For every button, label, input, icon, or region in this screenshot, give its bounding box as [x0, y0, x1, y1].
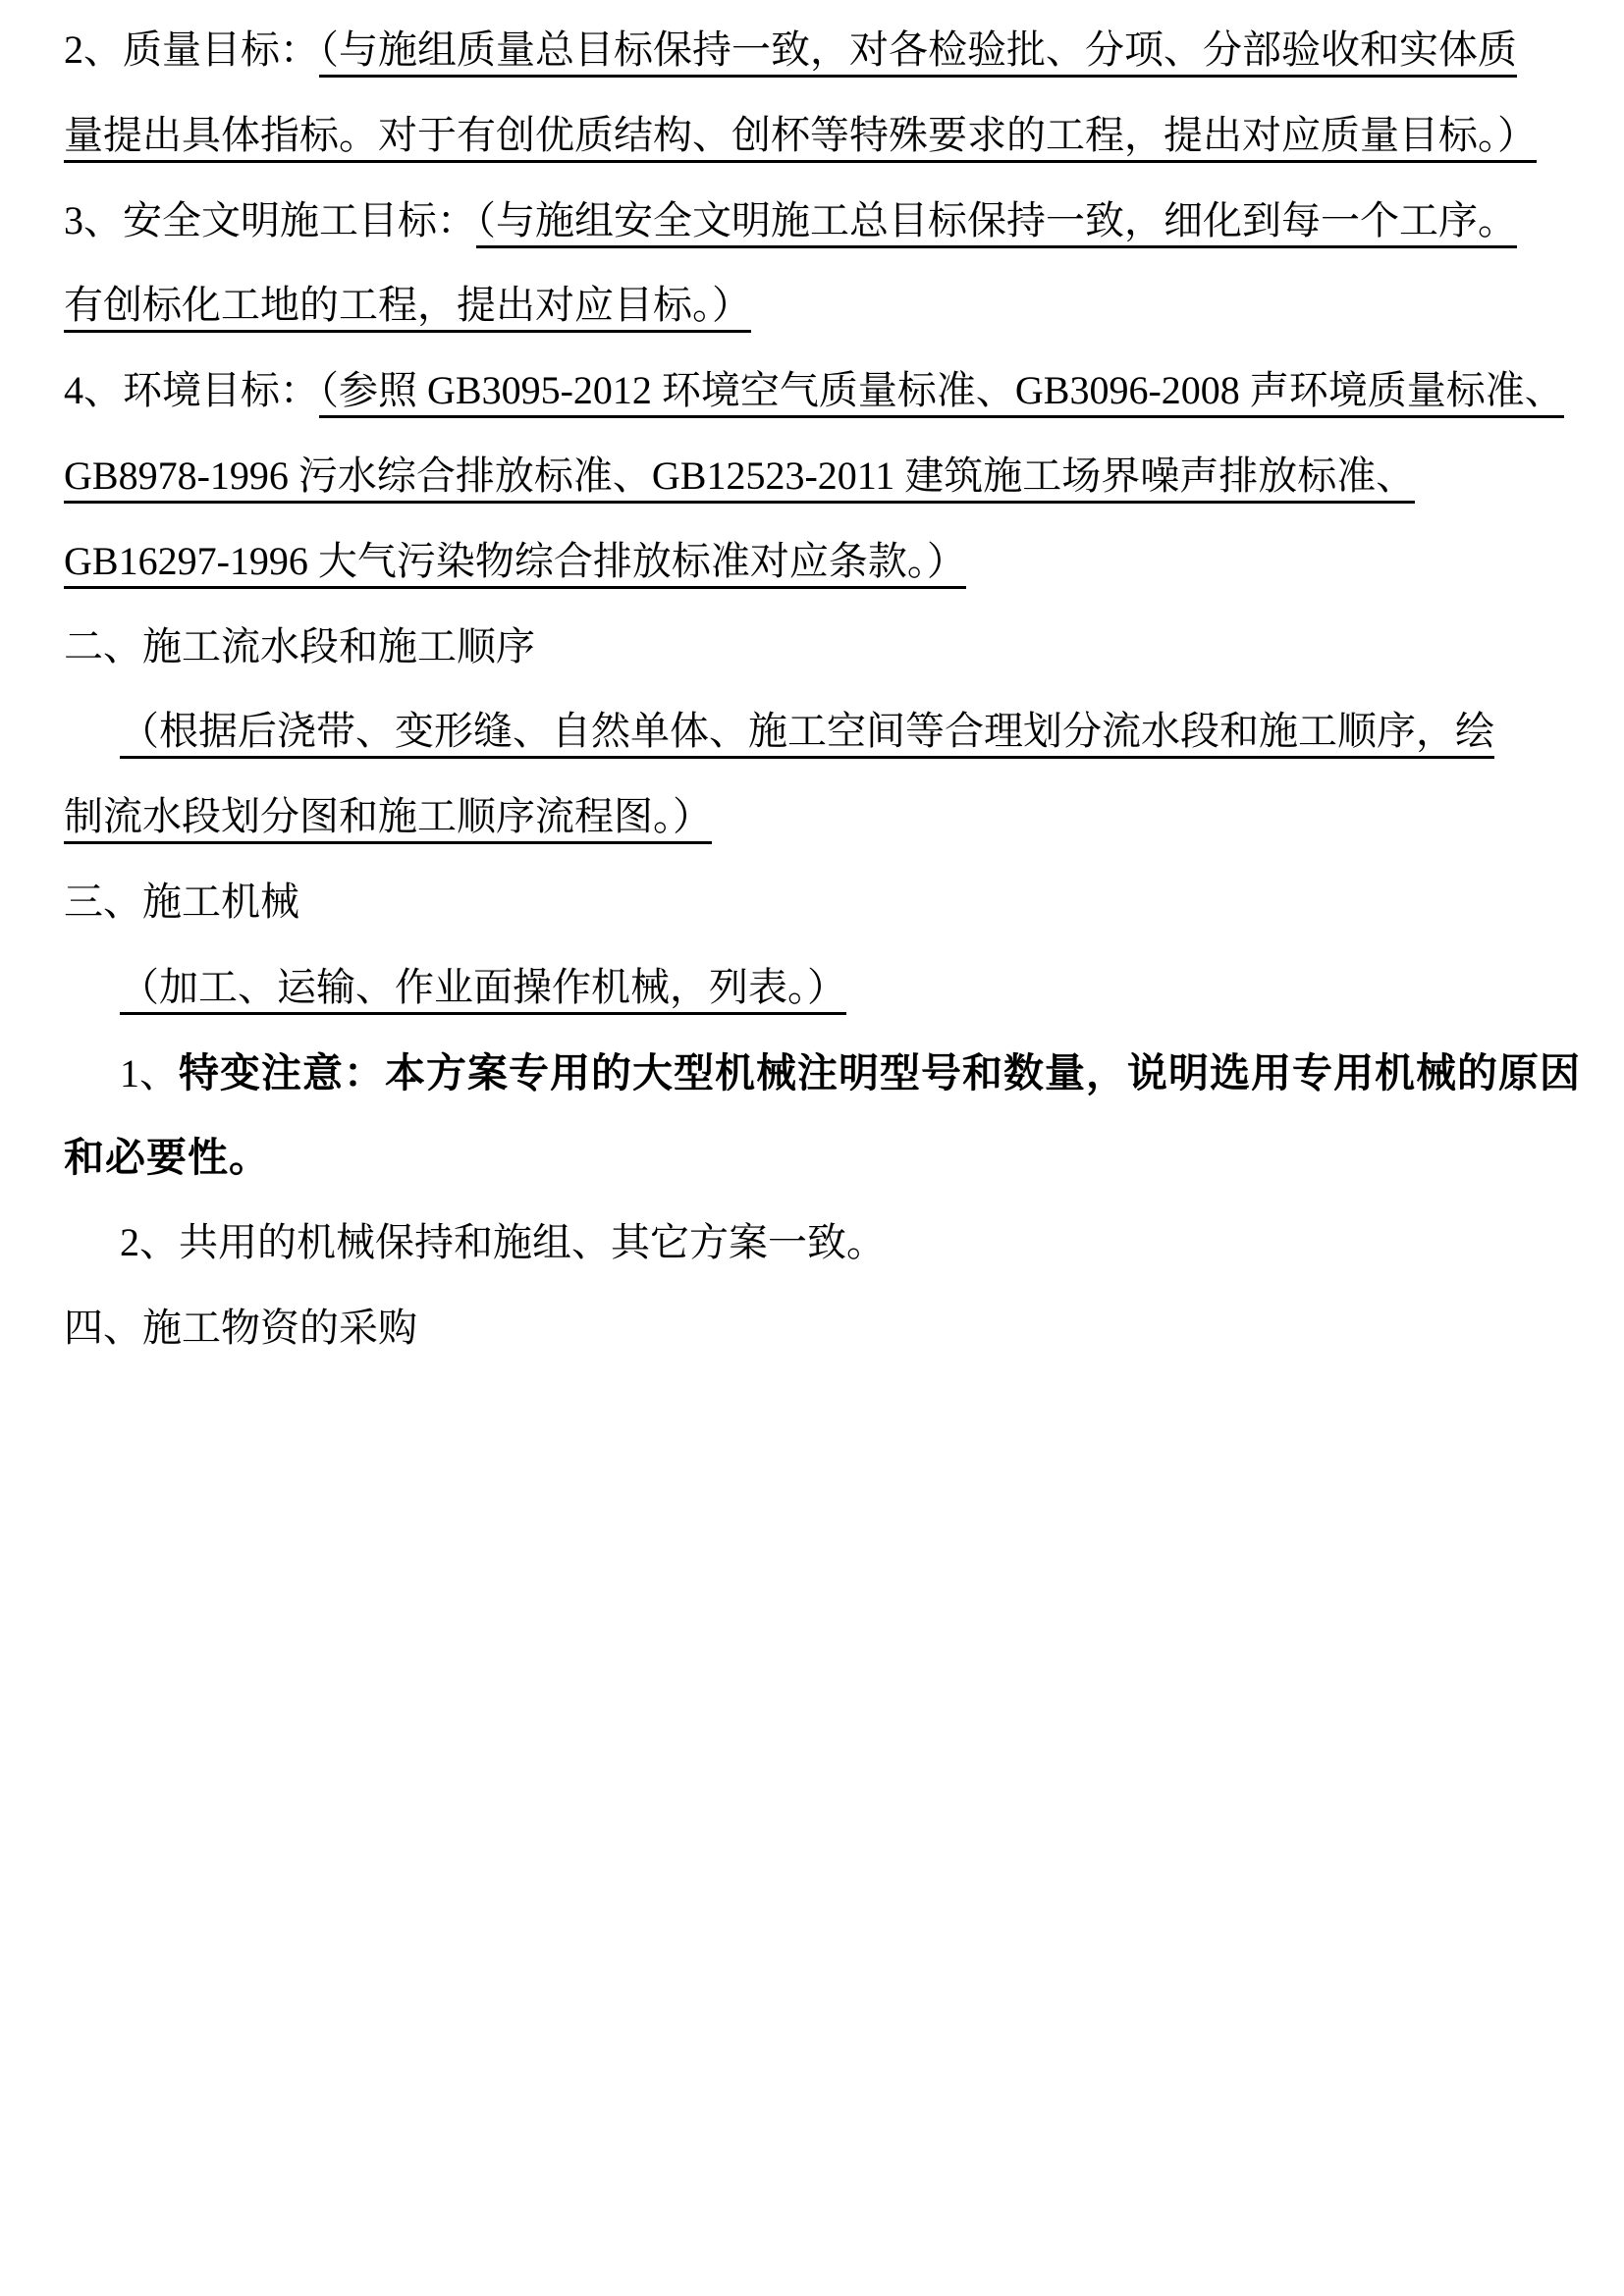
underlined-text-segment: （根据后浇带、变形缝、自然单体、施工空间等合理划分流水段和施工顺序，绘 — [120, 709, 1494, 759]
text-segment: 2、共用的机械保持和施组、其它方案一致。 — [120, 1220, 886, 1264]
bold-text-segment: 和必要性。 — [64, 1135, 270, 1180]
text-line: GB8978-1996 污水综合排放标准、GB12523-2011 建筑施工场界… — [64, 450, 1562, 535]
text-line: 二、施工流水段和施工顺序 — [64, 620, 1562, 706]
text-line: （根据后浇带、变形缝、自然单体、施工空间等合理划分流水段和施工顺序，绘 — [64, 705, 1562, 790]
underlined-text-segment: GB8978-1996 污水综合排放标准、GB12523-2011 建筑施工场界… — [64, 454, 1415, 504]
text-line: 2、质量目标：（与施组质量总目标保持一致，对各检验批、分项、分部验收和实体质 — [64, 24, 1562, 109]
text-line: 2、共用的机械保持和施组、其它方案一致。 — [64, 1216, 1562, 1302]
document-content: 2、质量目标：（与施组质量总目标保持一致，对各检验批、分项、分部验收和实体质量提… — [64, 24, 1562, 1387]
bold-text-segment: 特变注意：本方案专用的大型机械注明型号和数量，说明选用专用机械的原因 — [179, 1050, 1581, 1095]
underlined-text-segment: GB16297-1996 大气污染物综合排放标准对应条款。） — [64, 539, 966, 589]
text-line: 三、施工机械 — [64, 876, 1562, 961]
underlined-text-segment: （参照 GB3095-2012 环境空气质量标准、GB3096-2008 声环境… — [319, 368, 1564, 418]
underlined-text-segment: （与施组安全文明施工总目标保持一致，细化到每一个工序。 — [476, 198, 1517, 248]
underlined-text-segment: （加工、运输、作业面操作机械，列表。） — [120, 965, 846, 1015]
text-segment: 2、质量目标： — [64, 27, 319, 72]
document-page: 2、质量目标：（与施组质量总目标保持一致，对各检验批、分项、分部验收和实体质量提… — [0, 0, 1624, 2296]
text-line: 制流水段划分图和施工顺序流程图。） — [64, 790, 1562, 876]
text-segment: 3、安全文明施工目标： — [64, 198, 476, 242]
text-line: 4、环境目标：（参照 GB3095-2012 环境空气质量标准、GB3096-2… — [64, 364, 1562, 450]
underlined-text-segment: 制流水段划分图和施工顺序流程图。） — [64, 794, 712, 844]
text-segment: 4、环境目标： — [64, 368, 319, 412]
text-segment: 二、施工流水段和施工顺序 — [64, 624, 535, 668]
text-segment: 1、 — [120, 1051, 179, 1095]
text-line: （加工、运输、作业面操作机械，列表。） — [64, 961, 1562, 1046]
underlined-text-segment: （与施组质量总目标保持一致，对各检验批、分项、分部验收和实体质 — [319, 27, 1517, 78]
text-line: 1、特变注意：本方案专用的大型机械注明型号和数量，说明选用专用机械的原因 — [64, 1046, 1562, 1132]
text-line: 有创标化工地的工程，提出对应目标。） — [64, 279, 1562, 364]
text-segment: 三、施工机械 — [64, 880, 299, 924]
text-line: 四、施工物资的采购 — [64, 1302, 1562, 1387]
text-line: 和必要性。 — [64, 1131, 1562, 1216]
text-line: GB16297-1996 大气污染物综合排放标准对应条款。） — [64, 535, 1562, 620]
text-segment: 四、施工物资的采购 — [64, 1306, 417, 1350]
text-line: 量提出具体指标。对于有创优质结构、创杯等特殊要求的工程，提出对应质量目标。） — [64, 109, 1562, 194]
underlined-text-segment: 有创标化工地的工程，提出对应目标。） — [64, 283, 751, 333]
underlined-text-segment: 量提出具体指标。对于有创优质结构、创杯等特殊要求的工程，提出对应质量目标。） — [64, 113, 1537, 163]
text-line: 3、安全文明施工目标：（与施组安全文明施工总目标保持一致，细化到每一个工序。 — [64, 194, 1562, 280]
